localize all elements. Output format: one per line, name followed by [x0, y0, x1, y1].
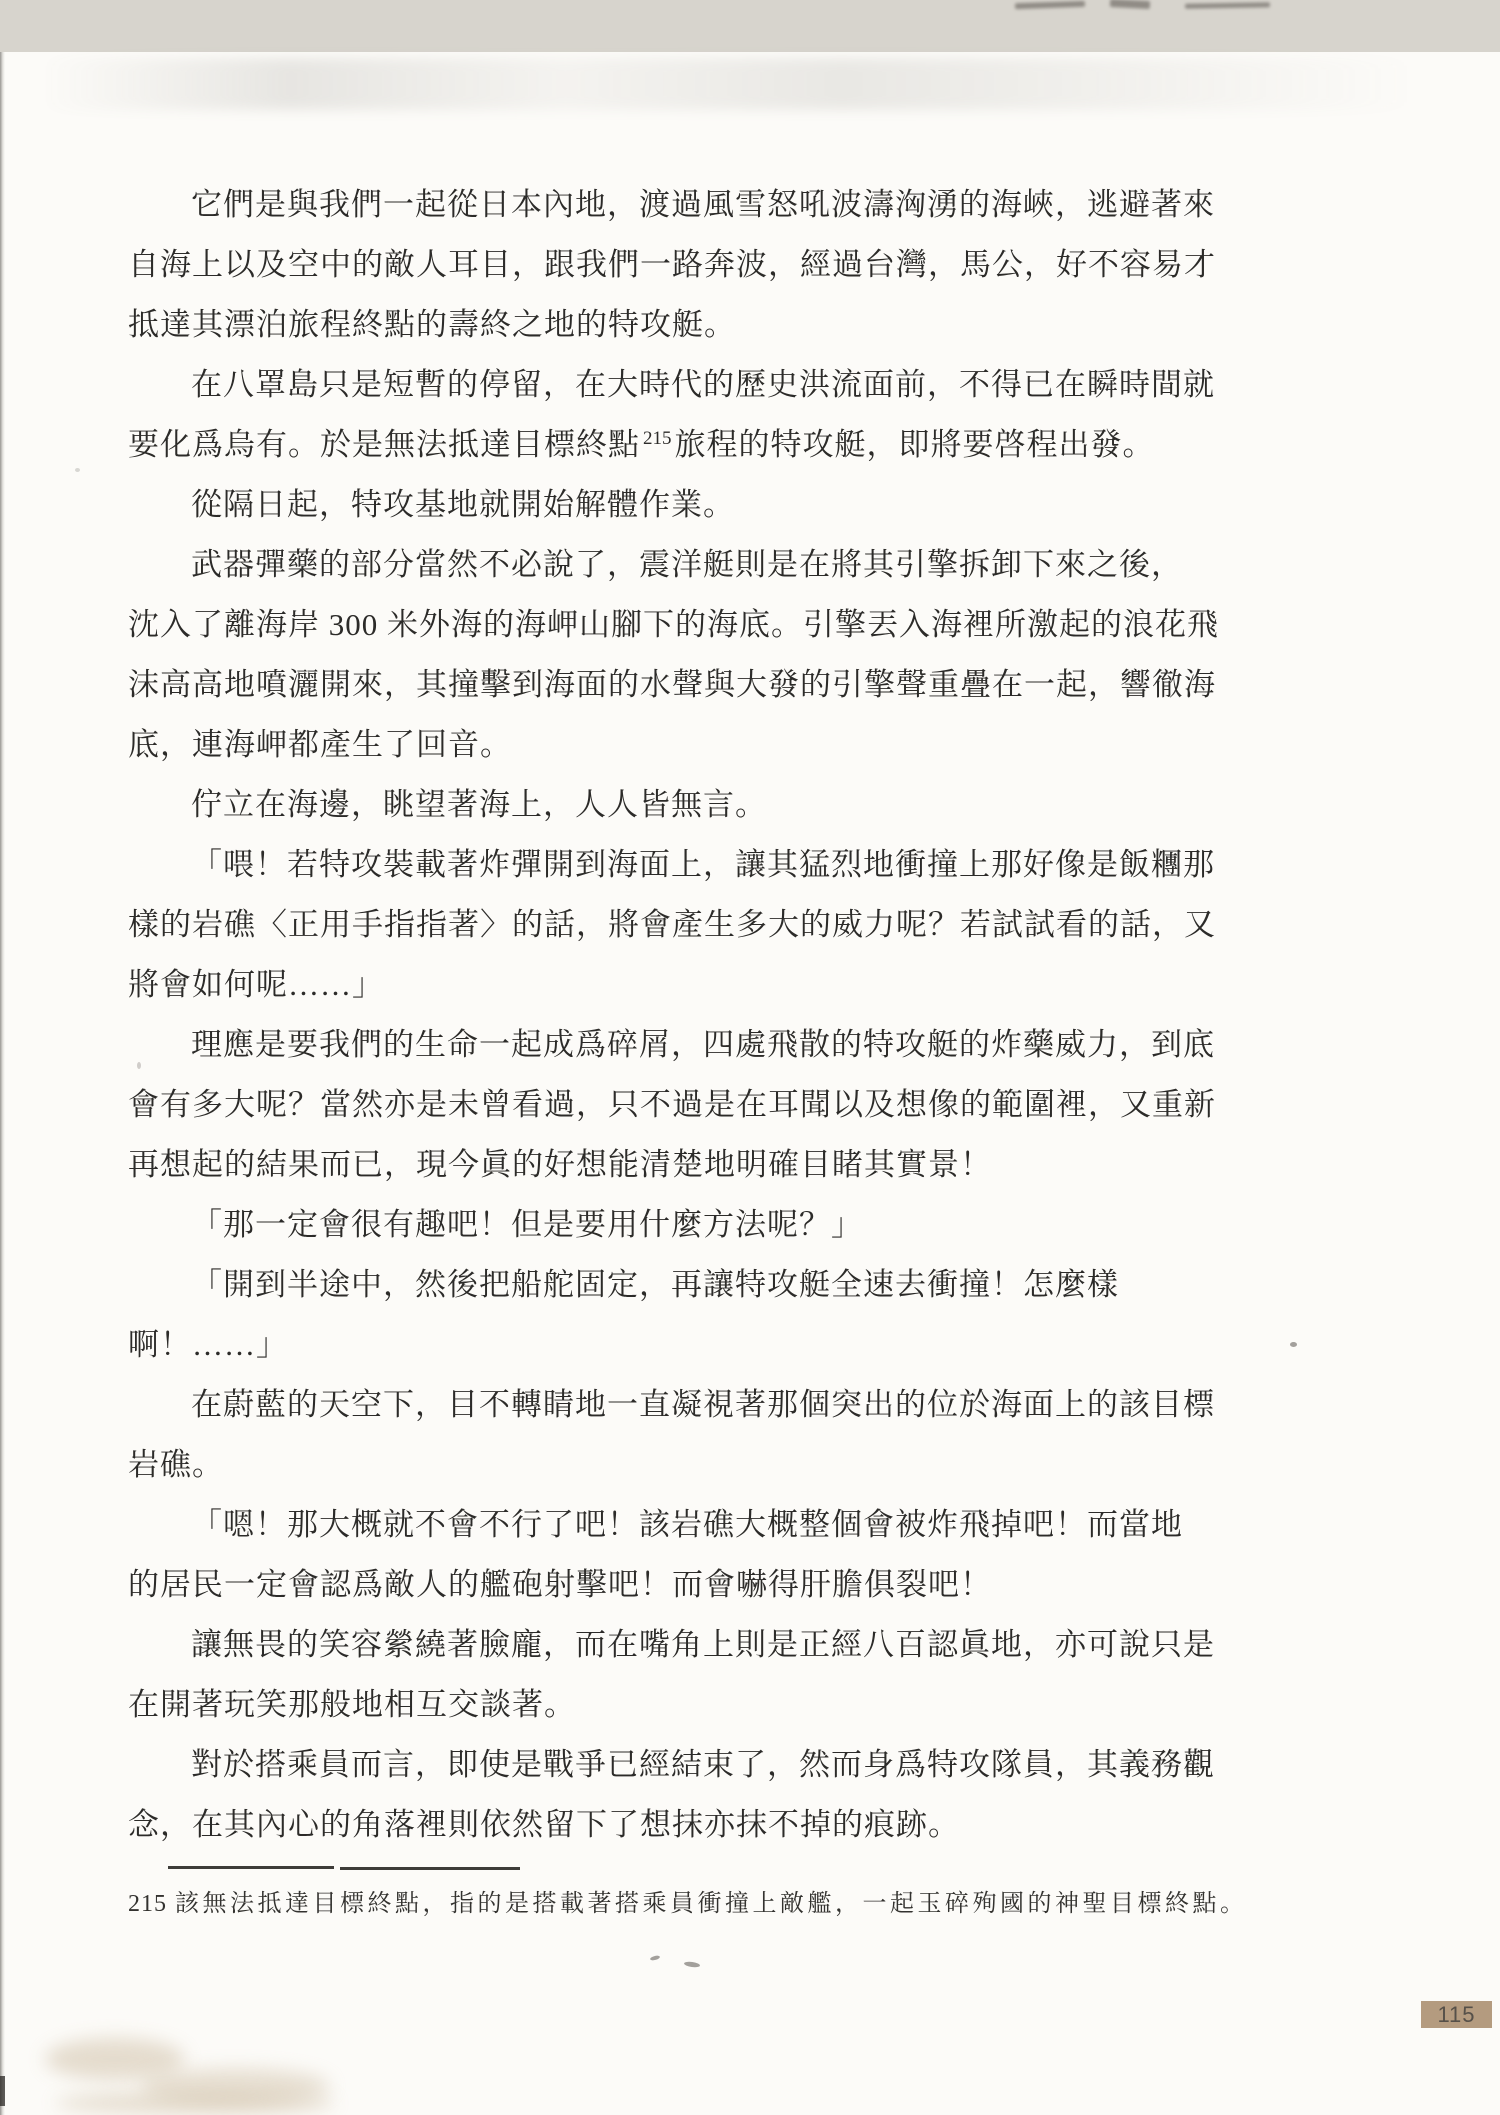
text-line: 沈入了離海岸 300 米外海的海岬山腳下的海底。引擎丟入海裡所激起的浪花飛 — [128, 595, 1223, 655]
page-number: 115 — [1421, 2001, 1492, 2028]
text-segment: 要化爲烏有。於是無法抵達目標終點 — [128, 427, 640, 462]
text-line: 對於搭乘員而言，即使是戰爭已經結束了，然而身爲特攻隊員，其義務觀 — [128, 1735, 1223, 1795]
scanned-book-page: 它們是與我們一起從日本內地，渡過風雪怒吼波濤洶湧的海峽，逃避著來 自海上以及空中… — [0, 0, 1500, 2115]
footnote-number: 215 — [128, 1891, 167, 1917]
text-line: 會有多大呢？當然亦是未曾看過，只不過是在耳聞以及想像的範圍裡，又重新 — [128, 1075, 1223, 1135]
text-line: 再想起的結果而已，現今眞的好想能清楚地明確目睹其實景！ — [128, 1135, 1223, 1195]
footnote-rule — [168, 1866, 334, 1869]
text-line: 佇立在海邊，眺望著海上，人人皆無言。 — [128, 775, 1223, 835]
text-line: 讓無畏的笑容縈繞著臉龐，而在嘴角上則是正經八百認眞地，亦可說只是 — [128, 1615, 1223, 1675]
text-line: 理應是要我們的生命一起成爲碎屑，四處飛散的特攻艇的炸藥威力，到底 — [128, 1015, 1223, 1075]
scan-speck — [684, 1961, 701, 1968]
scan-smudge — [1015, 1, 1085, 9]
text-line: 念，在其內心的角落裡則依然留下了想抹亦抹不掉的痕跡。 — [128, 1795, 1223, 1855]
text-line: 在蔚藍的天空下，目不轉睛地一直凝視著那個突出的位於海面上的該目標 — [128, 1375, 1223, 1435]
text-line: 「那一定會很有趣吧！但是要用什麼方法呢？」 — [128, 1195, 1223, 1255]
scan-smudge — [0, 2076, 5, 2106]
text-line: 樣的岩礁〈正用手指指著〉的話，將會產生多大的威力呢？若試試看的話，又 — [128, 895, 1223, 955]
footnote: 215該無法抵達目標終點，指的是搭載著搭乘員衝撞上敵艦，一起玉碎殉國的神聖目標終… — [128, 1884, 1248, 1924]
scan-top-strip — [0, 0, 1500, 52]
text-line: 它們是與我們一起從日本內地，渡過風雪怒吼波濤洶湧的海峽，逃避著來 — [128, 175, 1223, 235]
footnote-reference: 215 — [643, 428, 672, 449]
body-text: 它們是與我們一起從日本內地，渡過風雪怒吼波濤洶湧的海峽，逃避著來 自海上以及空中… — [128, 175, 1223, 1855]
text-line: 「喂！若特攻裝載著炸彈開到海面上，讓其猛烈地衝撞上那好像是飯糰那 — [128, 835, 1223, 895]
text-line: 沫高高地噴灑開來，其撞擊到海面的水聲與大發的引擎聲重疊在一起，響徹海 — [128, 655, 1223, 715]
scan-speck — [650, 1955, 661, 1961]
text-line: 啊！……」 — [128, 1315, 1223, 1375]
text-line: 將會如何呢……」 — [128, 955, 1223, 1015]
text-line: 在八罩島只是短暫的停留，在大時代的歷史洪流面前，不得已在瞬時間就 — [128, 355, 1223, 415]
text-line: 要化爲烏有。於是無法抵達目標終點215旅程的特攻艇，即將要啓程出發。 — [128, 415, 1223, 475]
text-segment: 旅程的特攻艇，即將要啓程出發。 — [675, 427, 1155, 462]
scan-speck — [1290, 1342, 1297, 1347]
text-line: 的居民一定會認爲敵人的艦砲射擊吧！而會嚇得肝膽俱裂吧！ — [128, 1555, 1223, 1615]
scan-smudge — [1185, 2, 1270, 8]
text-line: 底，連海岬都產生了回音。 — [128, 715, 1223, 775]
text-line: 自海上以及空中的敵人耳目，跟我們一路奔波，經過台灣，馬公，好不容易才 — [128, 235, 1223, 295]
text-line: 「嗯！那大概就不會不行了吧！該岩礁大概整個會被炸飛掉吧！而當地 — [128, 1495, 1223, 1555]
text-line: 岩礁。 — [128, 1435, 1223, 1495]
scan-smudge-band — [40, 58, 1420, 110]
text-line: 抵達其漂泊旅程終點的壽終之地的特攻艇。 — [128, 295, 1223, 355]
text-line: 從隔日起，特攻基地就開始解體作業。 — [128, 475, 1223, 535]
scan-smudge — [55, 2092, 335, 2114]
text-line: 武器彈藥的部分當然不必說了，震洋艇則是在將其引擎拆卸下來之後， — [128, 535, 1223, 595]
scan-speck — [75, 468, 80, 472]
page-spine-edge — [0, 52, 5, 2115]
footnote-text: 該無法抵達目標終點，指的是搭載著搭乘員衝撞上敵艦，一起玉碎殉國的神聖目標終點。 — [175, 1891, 1248, 1917]
text-line: 「開到半途中，然後把船舵固定，再讓特攻艇全速去衝撞！怎麼樣 — [128, 1255, 1223, 1315]
footnote-rule — [340, 1867, 520, 1870]
scan-smudge — [1110, 0, 1150, 9]
text-line: 在開著玩笑那般地相互交談著。 — [128, 1675, 1223, 1735]
